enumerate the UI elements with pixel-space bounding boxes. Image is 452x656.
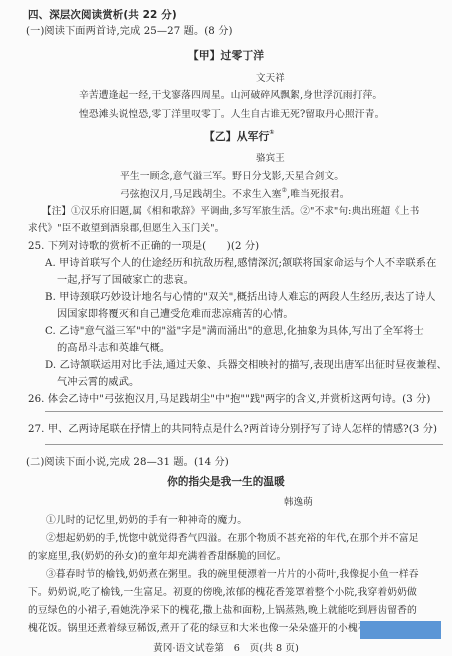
story-author: 韩逸萌 <box>284 496 313 509</box>
q27: 27. 甲、乙两诗尾联在抒情上的共同特点是什么?两首诗分别抒写了诗人怎样的情感?… <box>28 423 437 436</box>
poem-b-line: 弓弦抱汉月,马足践胡尘。不求生入塞②,唯当死报君。 <box>120 188 350 201</box>
q25-option-d-cont: 气冲云霄的威武。 <box>57 376 139 389</box>
part2-intro: (二)阅读下面小说,完成 28—31 题。(14 分) <box>26 456 229 469</box>
footnote-ref: ① <box>269 129 274 136</box>
story-paragraph: 的豆绿色的小裙子,看她洗净采下的槐花,撒上盐和面粉,上锅蒸熟,晚上就能吃到唇齿留… <box>28 604 417 617</box>
part1-intro: (一)阅读下面两首诗,完成 25—27 题。(8 分) <box>26 25 233 38</box>
poem-b-title: 【乙】从军行① <box>204 130 275 143</box>
story-paragraph: ③暮春时节的榆钱,奶奶煮在粥里。我的碗里便漂着一片片的小荷叶,我像捉小鱼一样吞 <box>46 568 419 581</box>
story-paragraph: 的家庭里,我(奶奶的孙女)的童年却充满着香甜酥脆的回忆。 <box>28 550 286 563</box>
poem-a-author: 文天祥 <box>256 72 285 85</box>
answer-line <box>45 444 443 445</box>
poem-b-author: 骆宾王 <box>256 152 285 165</box>
story-paragraph: ①儿时的记忆里,奶奶的手有一种神奇的魔力。 <box>46 514 247 527</box>
q26: 26. 体会乙诗中"弓弦抱汉月,马足践胡尘"中"抱""践"两字的含义,并赏析这两… <box>28 393 431 406</box>
q25-option-b: B. 甲诗颈联巧妙设计地名与心情的"双关",概括出诗人难忘的两段人生经历,表达了… <box>45 291 436 304</box>
q25-option-d: D. 乙诗颔联运用对比手法,通过天象、兵器交相映衬的描写,表现出唐军出征时昼夜兼… <box>45 359 447 372</box>
notes-line: 求代》"臣不敢望到酒泉郡,但愿生入玉门关"。 <box>28 222 224 235</box>
poem-a-line: 辛苦遭逢起一经,干戈寥落四周星。山河破碎风飘絮,身世浮沉雨打萍。 <box>79 89 382 102</box>
section-heading: 四、深层次阅读赏析(共 22 分) <box>28 9 177 22</box>
story-paragraph: 下。奶奶说,吃了榆钱,一生富足。初夏的傍晚,浓郁的槐花香笼罩着整个小院,我穿着奶… <box>28 586 417 599</box>
page-footer: 黄冈·语文试卷第 6 页(共 8 页) <box>0 642 452 655</box>
poem-a-line: 惶恐滩头说惶恐,零丁洋里叹零丁。人生自古谁无死?留取丹心照汗青。 <box>79 108 384 121</box>
q25-option-c: C. 乙诗"意气溢三军"中的"溢"字是"满而涌出"的意思,化抽象为具体,写出了全… <box>45 325 424 338</box>
poem-a-title: 【甲】过零丁洋 <box>0 49 452 62</box>
notes-line: 【注】①汉乐府旧题,属《相和歌辞》平调曲,多写军旅生活。②"不求"句:典出班超《… <box>42 205 419 218</box>
q25-option-a-cont: 一起,抒写了国破家亡的悲哀。 <box>57 274 194 287</box>
redaction-overlay <box>360 621 441 639</box>
q25-option-c-cont: 的高昂斗志和英雄气概。 <box>57 342 170 355</box>
answer-line <box>45 411 443 412</box>
story-title: 你的指尖是我一生的温暖 <box>0 476 452 489</box>
poem-b-line: 平生一顾念,意气溢三军。野日分戈影,天星合剑文。 <box>120 170 344 183</box>
q25-option-a: A. 甲诗首联写个人的仕途经历和抗敌历程,感情深沉;颔联将国家命运与个人不幸联系… <box>45 257 436 270</box>
q25-option-b-cont: 因国家即将覆灭和自己遭受危难而悲凉痛苦的心情。 <box>57 308 294 321</box>
story-paragraph: ②想起奶奶的手,恍惚中就觉得香气四溢。在那个物质不甚充裕的年代,在那个并不富足 <box>46 532 419 545</box>
q25-stem: 25. 下列对诗歌的赏析不正确的一项是( )(2 分) <box>28 240 259 253</box>
